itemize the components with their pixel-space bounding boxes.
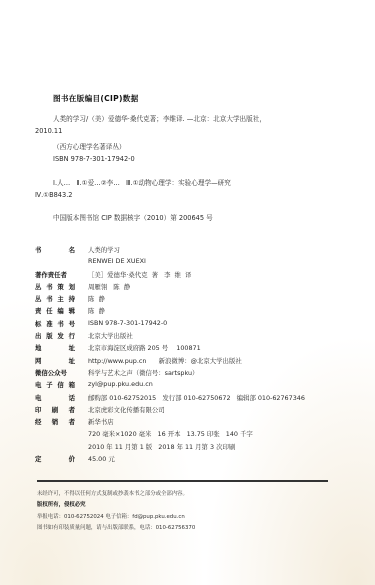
cip-line-date: 2010.11 [35,127,62,135]
colophon-label-part: 箱 [69,380,75,389]
colophon-value: 周雁翎 陈 静 [88,282,130,291]
colophon-label-part: 著作责任者 [35,270,67,279]
colophon-label-part: 任 [46,306,52,315]
colophon-label-part: 定 [35,454,41,463]
colophon-row: 丛书策划周雁翎 陈 静 [35,282,355,294]
colophon-row: 720 毫米×1020 毫米 16 开本 13.75 印张 140 千字 [35,429,355,441]
colophon-value: http://www.pup.cn 新浪微博：@北京大学出版社 [88,356,242,365]
colophon-label: 微信公众号 [35,368,75,377]
colophon-label: 丛书主持 [35,294,75,303]
notice-copyright: 版权所有，侵权必究 [37,500,86,508]
colophon-row: 微信公众号科学与艺术之声（微信号：sartspku） [35,368,355,380]
colophon-label-part: 印 [35,405,41,414]
colophon-label-part: 书 [46,282,52,291]
colophon-label-part: 信 [57,380,63,389]
colophon-label-part: 书 [35,245,41,254]
colophon-row: 定价45.00 元 [35,454,355,466]
colophon-row: 地址北京市海淀区成府路 205 号 100871 [35,343,355,355]
colophon-row: 著作责任者［美］爱德华·桑代克 著 李 维 译 [35,270,355,282]
colophon-label-part: 微信公众号 [35,368,67,377]
colophon-label: 印刷者 [35,405,75,414]
colophon-label-part: 版 [46,331,52,340]
cip-line-citation: 人类的学习/（美）爱德华·桑代克著；李维译. —北京：北京大学出版社， [53,113,266,123]
colophon-label-part: 销 [52,417,58,426]
cip-line-isbn: ISBN 978-7-301-17942-0 [53,155,135,163]
colophon-value: 720 毫米×1020 毫米 16 开本 13.75 印张 140 千字 [88,429,253,438]
colophon-row: 电话邮购部 010-62752015 发行部 010-62750672 编辑部 … [35,393,355,405]
colophon-row: 责任编辑陈 静 [35,306,355,318]
notice-report-contact: 举报电话：010-62752024 电子信箱：fd@pup.pku.edu.cn [37,512,185,520]
colophon-label: 电话 [35,393,75,402]
colophon-label-part: 丛 [35,282,41,291]
colophon-label-part: 刷 [52,405,58,414]
colophon-label-part: 丛 [35,294,41,303]
colophon-value: 新华书店 [88,417,114,426]
colophon-label-part: 划 [69,282,75,291]
colophon-value: 科学与艺术之声（微信号：sartspku） [88,368,198,377]
colophon-value: 陈 静 [88,294,105,303]
colophon-row: RENWEI DE XUEXI [35,257,355,269]
colophon-label-part: 持 [69,294,75,303]
colophon-value: 北京市海淀区成府路 205 号 100871 [88,343,201,352]
colophon-label-part: 编 [57,306,63,315]
colophon-label-part: 辑 [69,306,75,315]
colophon-label: 丛书策划 [35,282,75,291]
colophon-value: 45.00 元 [88,454,115,463]
colophon-label: 定价 [35,454,75,463]
colophon-row: 电子信箱zyl@pup.pku.edu.cn [35,380,355,392]
colophon-label: 出版发行 [35,331,75,340]
colophon-label: 标准书号 [35,319,75,328]
colophon-label-part: 策 [57,282,63,291]
colophon-value: RENWEI DE XUEXI [88,257,146,265]
colophon-row: 丛书主持陈 静 [35,294,355,306]
colophon-label: 责任编辑 [35,306,75,315]
colophon-value: zyl@pup.pku.edu.cn [88,380,153,388]
cip-line-series: （西方心理学名著译丛） [53,141,126,151]
colophon-label: 地址 [35,343,75,352]
colophon-label-part: 地 [35,343,41,352]
colophon-value: 人类的学习 [88,245,120,254]
colophon-label-part: 电 [35,393,41,402]
colophon-row: 2010 年 11 月第 1 版 2018 年 11 月第 3 次印刷 [35,442,355,454]
colophon-row: 经销者新华书店 [35,417,355,429]
colophon-label-part: 准 [46,319,52,328]
copyright-page: 图书在版编目(CIP)数据 人类的学习/（美）爱德华·桑代克著；李维译. —北京… [0,0,375,585]
colophon-row: 标准书号ISBN 978-7-301-17942-0 [35,319,355,331]
colophon-label-part: 者 [69,417,75,426]
colophon-value: 陈 静 [88,306,105,315]
colophon-label-part: 出 [35,331,41,340]
colophon-value: 北京虎彩文化传播有限公司 [88,405,165,414]
cip-line-record-number: 中国版本图书馆 CIP 数据核字（2010）第 200645 号 [53,212,213,222]
colophon-label-part: 书 [57,319,63,328]
colophon-row: 书名人类的学习 [35,245,355,257]
colophon-row: 印刷者北京虎彩文化传播有限公司 [35,405,355,417]
colophon-value: 2010 年 11 月第 1 版 2018 年 11 月第 3 次印刷 [88,442,235,451]
colophon-value: ［美］爱德华·桑代克 著 李 维 译 [88,270,191,279]
colophon-label-part: 话 [69,393,75,402]
cip-line-subjects: Ⅰ.人… Ⅱ.①爱…②李… Ⅲ.①动物心理学：实验心理学—研究 [53,177,231,187]
separator-rule [37,480,328,482]
notice-reproduction: 未经许可，不得以任何方式复制或抄袭本书之部分或全部内容。 [37,489,188,497]
colophon-label-part: 行 [69,331,75,340]
colophon-label-part: 子 [46,380,52,389]
colophon-label-part: 址 [69,343,75,352]
colophon-label-part: 名 [69,245,75,254]
colophon-row: 网址http://www.pup.cn 新浪微博：@北京大学出版社 [35,356,355,368]
colophon-value: 邮购部 010-62752015 发行部 010-62750672 编辑部 01… [88,393,305,402]
colophon-label: 电子信箱 [35,380,75,389]
colophon-value: ISBN 978-7-301-17942-0 [88,319,167,327]
colophon-label-part: 发 [57,331,63,340]
colophon-label-part: 者 [69,405,75,414]
colophon-label-part: 价 [69,454,75,463]
cip-title: 图书在版编目(CIP)数据 [53,93,139,104]
colophon-label: 著作责任者 [35,270,75,279]
colophon-label: 书名 [35,245,75,254]
colophon-label-part: 经 [35,417,41,426]
colophon-label: 经销者 [35,417,75,426]
colophon-label-part: 书 [46,294,52,303]
colophon-label-part: 网 [35,356,41,365]
colophon-label-part: 标 [35,319,41,328]
colophon-label-part: 责 [35,306,41,315]
cip-line-classification: Ⅳ.①B843.2 [35,191,73,199]
notice-quality-contact: 图书如有印装质量问题，请与出版部联系，电话：010-62756370 [37,523,195,531]
colophon-table: 书名人类的学习RENWEI DE XUEXI著作责任者［美］爱德华·桑代克 著 … [35,245,355,466]
colophon-label-part: 主 [57,294,63,303]
colophon-label: 网址 [35,356,75,365]
colophon-row: 出版发行北京大学出版社 [35,331,355,343]
colophon-value: 北京大学出版社 [88,331,133,340]
colophon-label-part: 址 [69,356,75,365]
colophon-label-part: 号 [69,319,75,328]
colophon-label-part: 电 [35,380,41,389]
